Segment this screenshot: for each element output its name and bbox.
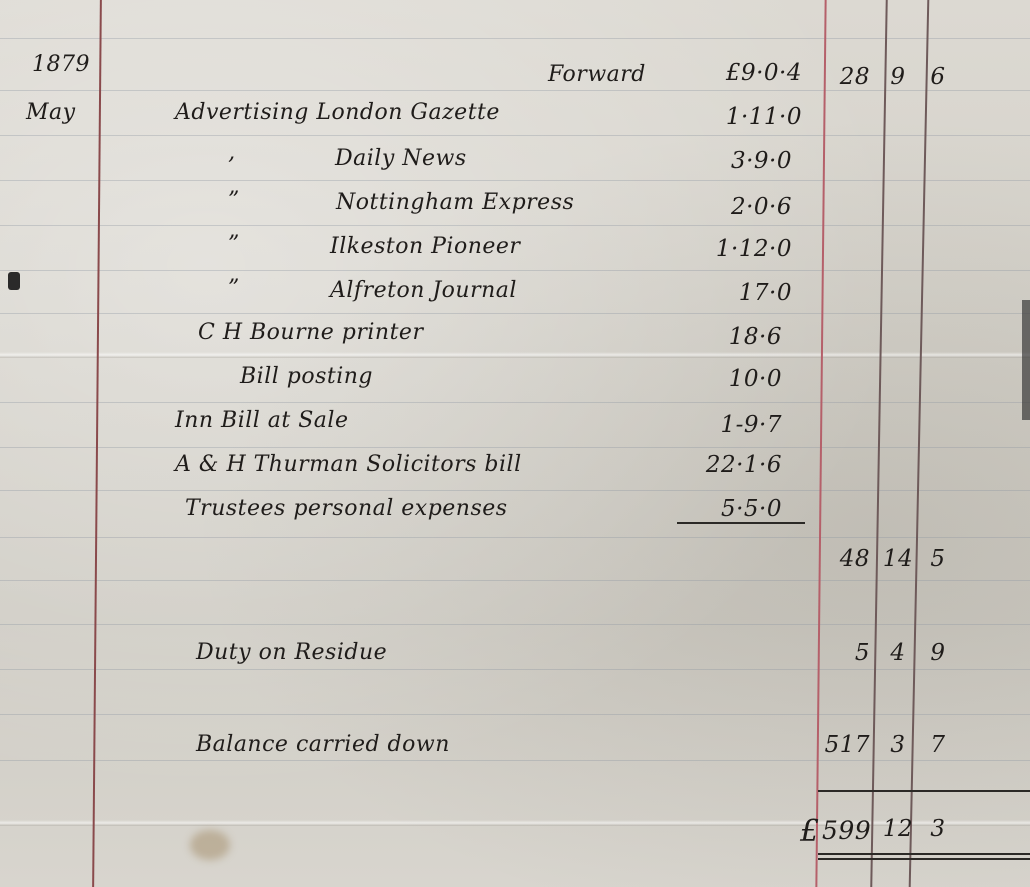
- item-description: Ilkeston Pioneer: [330, 234, 520, 259]
- balance-pence: 7: [920, 732, 956, 758]
- forward-label: Forward: [548, 62, 646, 87]
- ruled-line: [0, 760, 1030, 761]
- total-pounds: 599: [822, 816, 870, 845]
- balance-pounds: 517: [822, 732, 870, 758]
- ledger-month: May: [26, 100, 76, 125]
- balance-shillings: 3: [880, 732, 916, 758]
- ruled-line: [0, 447, 1030, 448]
- item-amount: 22·1·6: [652, 452, 782, 478]
- item-amount: 10·0: [652, 366, 782, 392]
- item-amount: 1·12·0: [662, 236, 792, 262]
- ditto-mark: ”: [228, 276, 240, 301]
- ruled-line: [0, 90, 1030, 91]
- ruled-line: [0, 490, 1030, 491]
- ruled-line: [0, 270, 1030, 271]
- paper-stain: [190, 830, 230, 860]
- balance-label: Balance carried down: [196, 732, 450, 757]
- ruled-line: [0, 313, 1030, 314]
- item-description: C H Bourne printer: [198, 320, 423, 345]
- item-amount: 1-9·7: [652, 412, 782, 438]
- item-amount: 3·9·0: [662, 148, 792, 174]
- item-amount: 17·0: [662, 280, 792, 306]
- ruled-line: [0, 225, 1030, 226]
- ruled-line: [0, 38, 1030, 39]
- item-amount: 1·11·0: [672, 104, 802, 130]
- total-double-rule: [818, 858, 1030, 860]
- date-margin-line: [92, 0, 101, 887]
- item-description: Advertising London Gazette: [175, 100, 500, 125]
- item-amount: 5·5·0: [652, 496, 782, 522]
- page-edge-shadow: [1022, 300, 1030, 420]
- item-amount: 18·6: [652, 324, 782, 350]
- item-description: Trustees personal expenses: [185, 496, 508, 521]
- currency-pound-sign: £: [800, 814, 820, 849]
- item-description: Inn Bill at Sale: [175, 408, 348, 433]
- ditto-mark: ”: [228, 188, 240, 213]
- total-top-rule: [818, 790, 1030, 792]
- ruled-line: [0, 714, 1030, 715]
- ruled-line: [0, 180, 1030, 181]
- ruled-line: [0, 402, 1030, 403]
- duty-shillings: 4: [880, 640, 916, 666]
- item-description: Nottingham Express: [336, 190, 574, 215]
- item-amount: 2·0·6: [662, 194, 792, 220]
- ditto-mark: ‚: [228, 140, 236, 165]
- ink-blot: [8, 272, 20, 290]
- forward-pounds: 28: [822, 64, 870, 90]
- item-description: Daily News: [335, 146, 467, 171]
- ledger-year: 1879: [32, 52, 90, 77]
- forward-shillings: 9: [880, 64, 916, 90]
- total-shillings: 12: [880, 816, 916, 842]
- duty-pounds: 5: [822, 640, 870, 666]
- subtotal-rule: [677, 522, 805, 524]
- item-description: Alfreton Journal: [330, 278, 517, 303]
- item-description: Bill posting: [240, 364, 373, 389]
- subtotal-pounds: 48: [822, 546, 870, 572]
- duty-pence: 9: [920, 640, 956, 666]
- duty-label: Duty on Residue: [196, 640, 387, 665]
- paper-fold: [0, 352, 1030, 358]
- forward-inner-amount: £9·0·4: [672, 60, 802, 86]
- total-pence: 3: [920, 816, 956, 842]
- paper-fold: [0, 820, 1030, 826]
- ditto-mark: ”: [228, 232, 240, 257]
- ledger-page: 1879 May Forward £9·0·4 28 9 6 Advertisi…: [0, 0, 1030, 887]
- forward-pence: 6: [920, 64, 956, 90]
- item-description: A & H Thurman Solicitors bill: [175, 452, 522, 477]
- ruled-line: [0, 135, 1030, 136]
- subtotal-shillings: 14: [880, 546, 916, 572]
- subtotal-pence: 5: [920, 546, 956, 572]
- total-double-rule: [818, 853, 1030, 855]
